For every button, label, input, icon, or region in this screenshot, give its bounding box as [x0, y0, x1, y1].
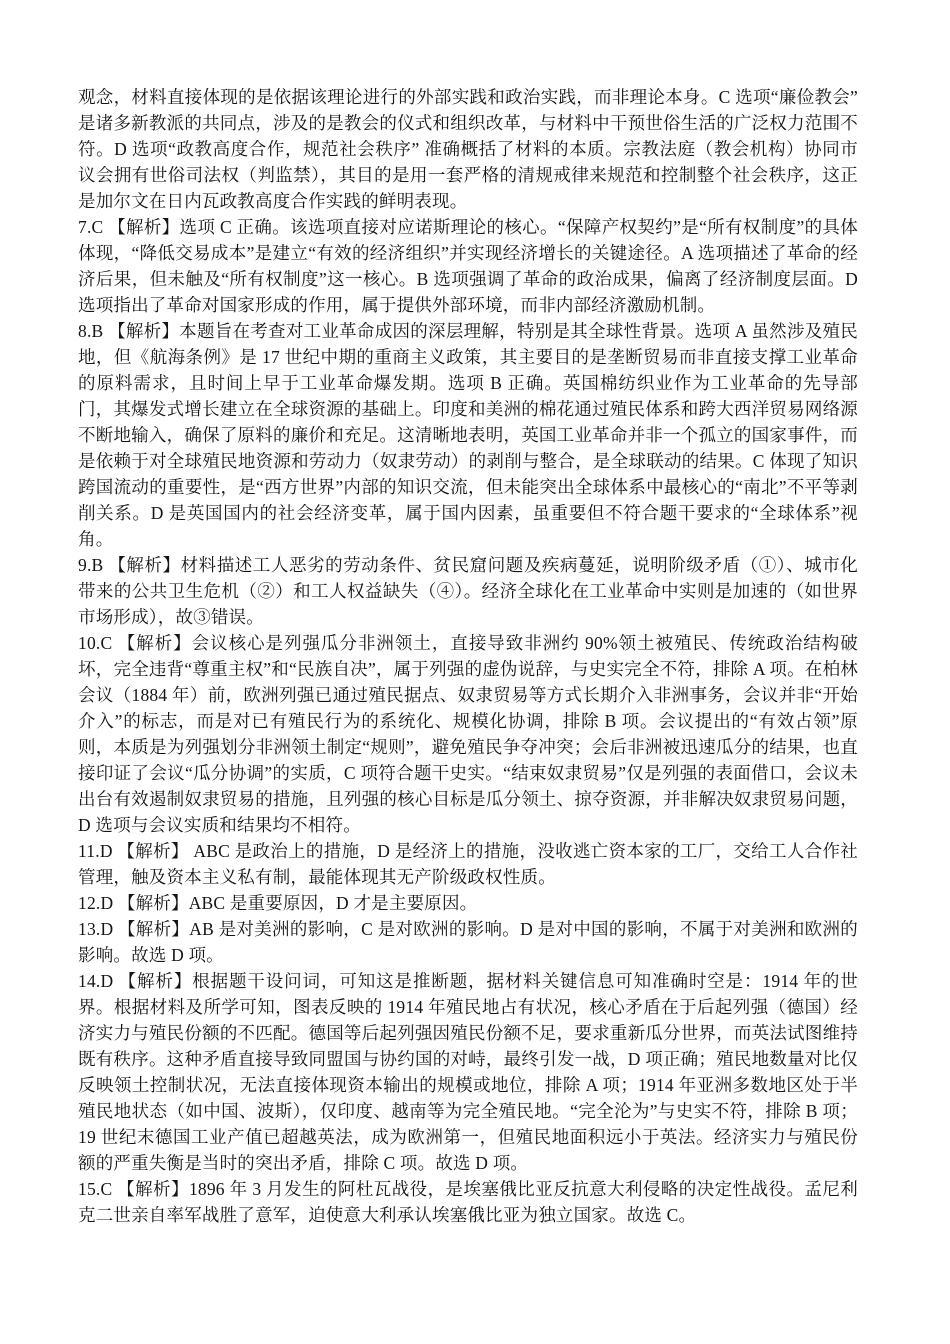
explanation-text: ABC 是重要原因，D 才是主要原因。: [189, 893, 478, 913]
answer-paragraph: 13.D 【解析】AB 是对美洲的影响，C 是对欧洲的影响。D 是对中国的影响，…: [78, 916, 858, 968]
question-answer-id: 15.C: [78, 1179, 117, 1199]
explain-label: 【解析】: [108, 321, 179, 341]
question-answer-id: 13.D: [78, 919, 118, 939]
explain-label: 【解析】: [118, 919, 189, 939]
answer-paragraph: 观念，材料直接体现的是依据该理论进行的外部实践和政治实践，而非理论本身。C 选项…: [78, 84, 858, 214]
explain-label: 【解析】: [117, 1179, 189, 1199]
answer-paragraph: 8.B 【解析】本题旨在考查对工业革命成因的深层理解，特别是其全球性背景。选项 …: [78, 318, 858, 552]
explain-label: 【解析】: [108, 555, 180, 575]
explanation-text: 1896 年 3 月发生的阿杜瓦战役，是埃塞俄比亚反抗意大利侵略的决定性战役。孟…: [78, 1179, 858, 1225]
explain-label: 【解析】: [108, 217, 179, 237]
explanation-text: AB 是对美洲的影响，C 是对欧洲的影响。D 是对中国的影响，不属于对美洲和欧洲…: [78, 919, 858, 965]
explanation-text: 根据题干设问词，可知这是推断题，据材料关键信息可知准确时空是：1914 年的世界…: [78, 971, 858, 1173]
answer-paragraph: 14.D 【解析】根据题干设问词，可知这是推断题，据材料关键信息可知准确时空是：…: [78, 968, 858, 1176]
explanation-text: 选项 C 正确。该选项直接对应诺斯理论的核心。“保障产权契约”是“所有权制度”的…: [78, 217, 858, 315]
explain-label: 【解析】: [117, 841, 188, 861]
explain-label: 【解析】: [118, 893, 189, 913]
explanation-text: ABC 是政治上的措施，D 是经济上的措施，没收逃亡资本家的工厂，交给工人合作社…: [78, 841, 858, 887]
question-answer-id: 12.D: [78, 893, 118, 913]
explanation-text: 本题旨在考查对工业革命成因的深层理解，特别是其全球性背景。选项 A 虽然涉及殖民…: [78, 321, 858, 549]
answer-paragraph: 10.C 【解析】会议核心是列强瓜分非洲领土，直接导致非洲约 90%领土被殖民、…: [78, 630, 858, 838]
answer-paragraph: 7.C 【解析】选项 C 正确。该选项直接对应诺斯理论的核心。“保障产权契约”是…: [78, 214, 858, 318]
question-answer-id: 9.B: [78, 555, 108, 575]
answer-sheet-page: 观念，材料直接体现的是依据该理论进行的外部实践和政治实践，而非理论本身。C 选项…: [0, 0, 950, 1344]
document-body: 观念，材料直接体现的是依据该理论进行的外部实践和政治实践，而非理论本身。C 选项…: [78, 84, 858, 1228]
explanation-text: 观念，材料直接体现的是依据该理论进行的外部实践和政治实践，而非理论本身。C 选项…: [78, 87, 858, 211]
question-answer-id: 11.D: [78, 841, 117, 861]
explanation-text: 材料描述工人恶劣的劳动条件、贫民窟问题及疾病蔓延，说明阶级矛盾（①）、城市化带来…: [78, 555, 858, 627]
question-answer-id: 14.D: [78, 971, 119, 991]
question-answer-id: 7.C: [78, 217, 108, 237]
explain-label: 【解析】: [118, 633, 192, 653]
question-answer-id: 10.C: [78, 633, 118, 653]
explanation-text: 会议核心是列强瓜分非洲领土，直接导致非洲约 90%领土被殖民、传统政治结构破坏，…: [78, 633, 858, 835]
answer-paragraph: 12.D 【解析】ABC 是重要原因，D 才是主要原因。: [78, 890, 858, 916]
explain-label: 【解析】: [119, 971, 193, 991]
answer-paragraph: 9.B 【解析】材料描述工人恶劣的劳动条件、贫民窟问题及疾病蔓延，说明阶级矛盾（…: [78, 552, 858, 630]
question-answer-id: 8.B: [78, 321, 108, 341]
answer-paragraph: 15.C 【解析】1896 年 3 月发生的阿杜瓦战役，是埃塞俄比亚反抗意大利侵…: [78, 1176, 858, 1228]
answer-paragraph: 11.D 【解析】 ABC 是政治上的措施，D 是经济上的措施，没收逃亡资本家的…: [78, 838, 858, 890]
